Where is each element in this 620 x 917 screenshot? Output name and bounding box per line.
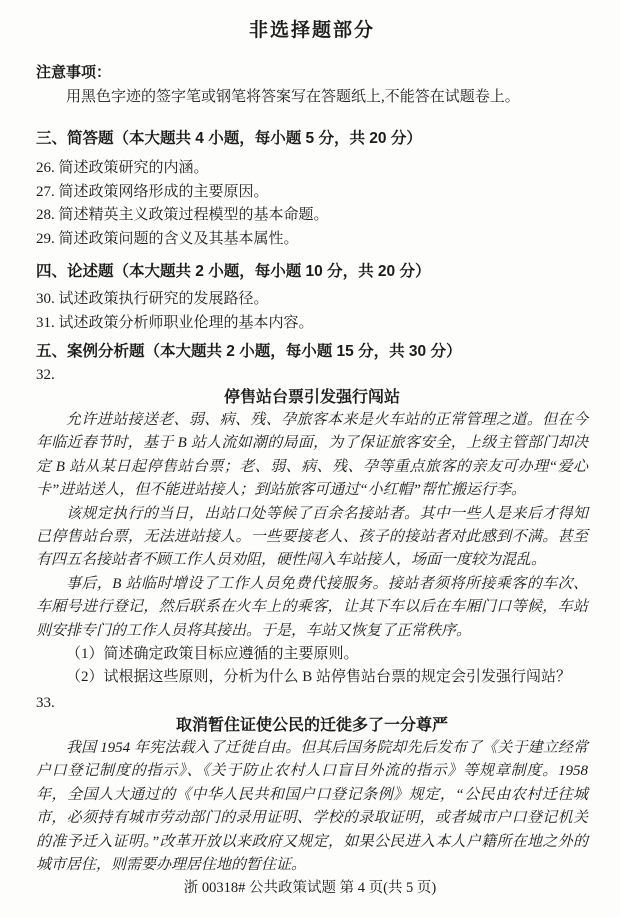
part-title: 非选择题部分 <box>36 18 588 44</box>
section-4-heading: 四、论述题（本大题共 2 小题，每小题 10 分，共 20 分） <box>36 262 588 282</box>
case-32-question-1: （1）简述确定政策目标应遵循的主要原则。 <box>36 643 588 666</box>
page-footer: 浙 00318# 公共政策试题 第 4 页(共 5 页) <box>0 878 620 898</box>
case-32-paragraph: 事后，B 站临时增设了工作人员免费代接服务。接站者须将所接乘客的车次、车厢号进行… <box>36 573 588 643</box>
notice-heading: 注意事项： <box>36 64 588 82</box>
case-33-body: 我国 1954 年宪法载入了迁徙自由。但其后国务院却先后发布了《关于建立经常户口… <box>36 737 588 877</box>
case-32-body: 允许进站接送老、弱、病、残、孕旅客本来是火车站的正常管理之道。但在今年临近春节时… <box>36 409 588 643</box>
section-5-heading: 五、案例分析题（本大题共 2 小题，每小题 15 分，共 30 分） <box>36 342 588 362</box>
question-31: 31. 试述政策分析师职业伦理的基本内容。 <box>36 312 588 336</box>
question-28: 28. 简述精英主义政策过程模型的基本命题。 <box>36 204 588 228</box>
question-29: 29. 简述政策问题的含义及其基本属性。 <box>36 228 588 252</box>
case-32-number: 32. <box>36 364 588 387</box>
case-32-title: 停售站台票引发强行闯站 <box>36 387 588 409</box>
case-32-question-2: （2）试根据这些原则，分析为什么 B 站停售站台票的规定会引发强行闯站？ <box>36 666 588 689</box>
section-3-heading: 三、简答题（本大题共 4 小题，每小题 5 分，共 20 分） <box>36 129 588 149</box>
case-32-paragraph: 该规定执行的当日，出站口处等候了百余名接站者。其中一些人是来后才得知已停售站台票… <box>36 503 588 573</box>
question-30: 30. 试述政策执行研究的发展路径。 <box>36 288 588 312</box>
notice-body: 用黑色字迹的签字笔或钢笔将答案写在答题纸上,不能答在试题卷上。 <box>36 88 588 107</box>
case-33-title: 取消暂住证使公民的迁徙多了一分尊严 <box>36 715 588 737</box>
case-32-paragraph: 允许进站接送老、弱、病、残、孕旅客本来是火车站的正常管理之道。但在今年临近春节时… <box>36 409 588 503</box>
case-33-number: 33. <box>36 692 588 715</box>
question-26: 26. 简述政策研究的内涵。 <box>36 157 588 181</box>
question-27: 27. 简述政策网络形成的主要原因。 <box>36 181 588 205</box>
section-4-items: 30. 试述政策执行研究的发展路径。 31. 试述政策分析师职业伦理的基本内容。 <box>36 288 588 335</box>
section-3-items: 26. 简述政策研究的内涵。 27. 简述政策网络形成的主要原因。 28. 简述… <box>36 157 588 251</box>
exam-page: 非选择题部分 注意事项： 用黑色字迹的签字笔或钢笔将答案写在答题纸上,不能答在试… <box>0 0 620 917</box>
case-33-paragraph: 我国 1954 年宪法载入了迁徙自由。但其后国务院却先后发布了《关于建立经常户口… <box>36 737 588 877</box>
